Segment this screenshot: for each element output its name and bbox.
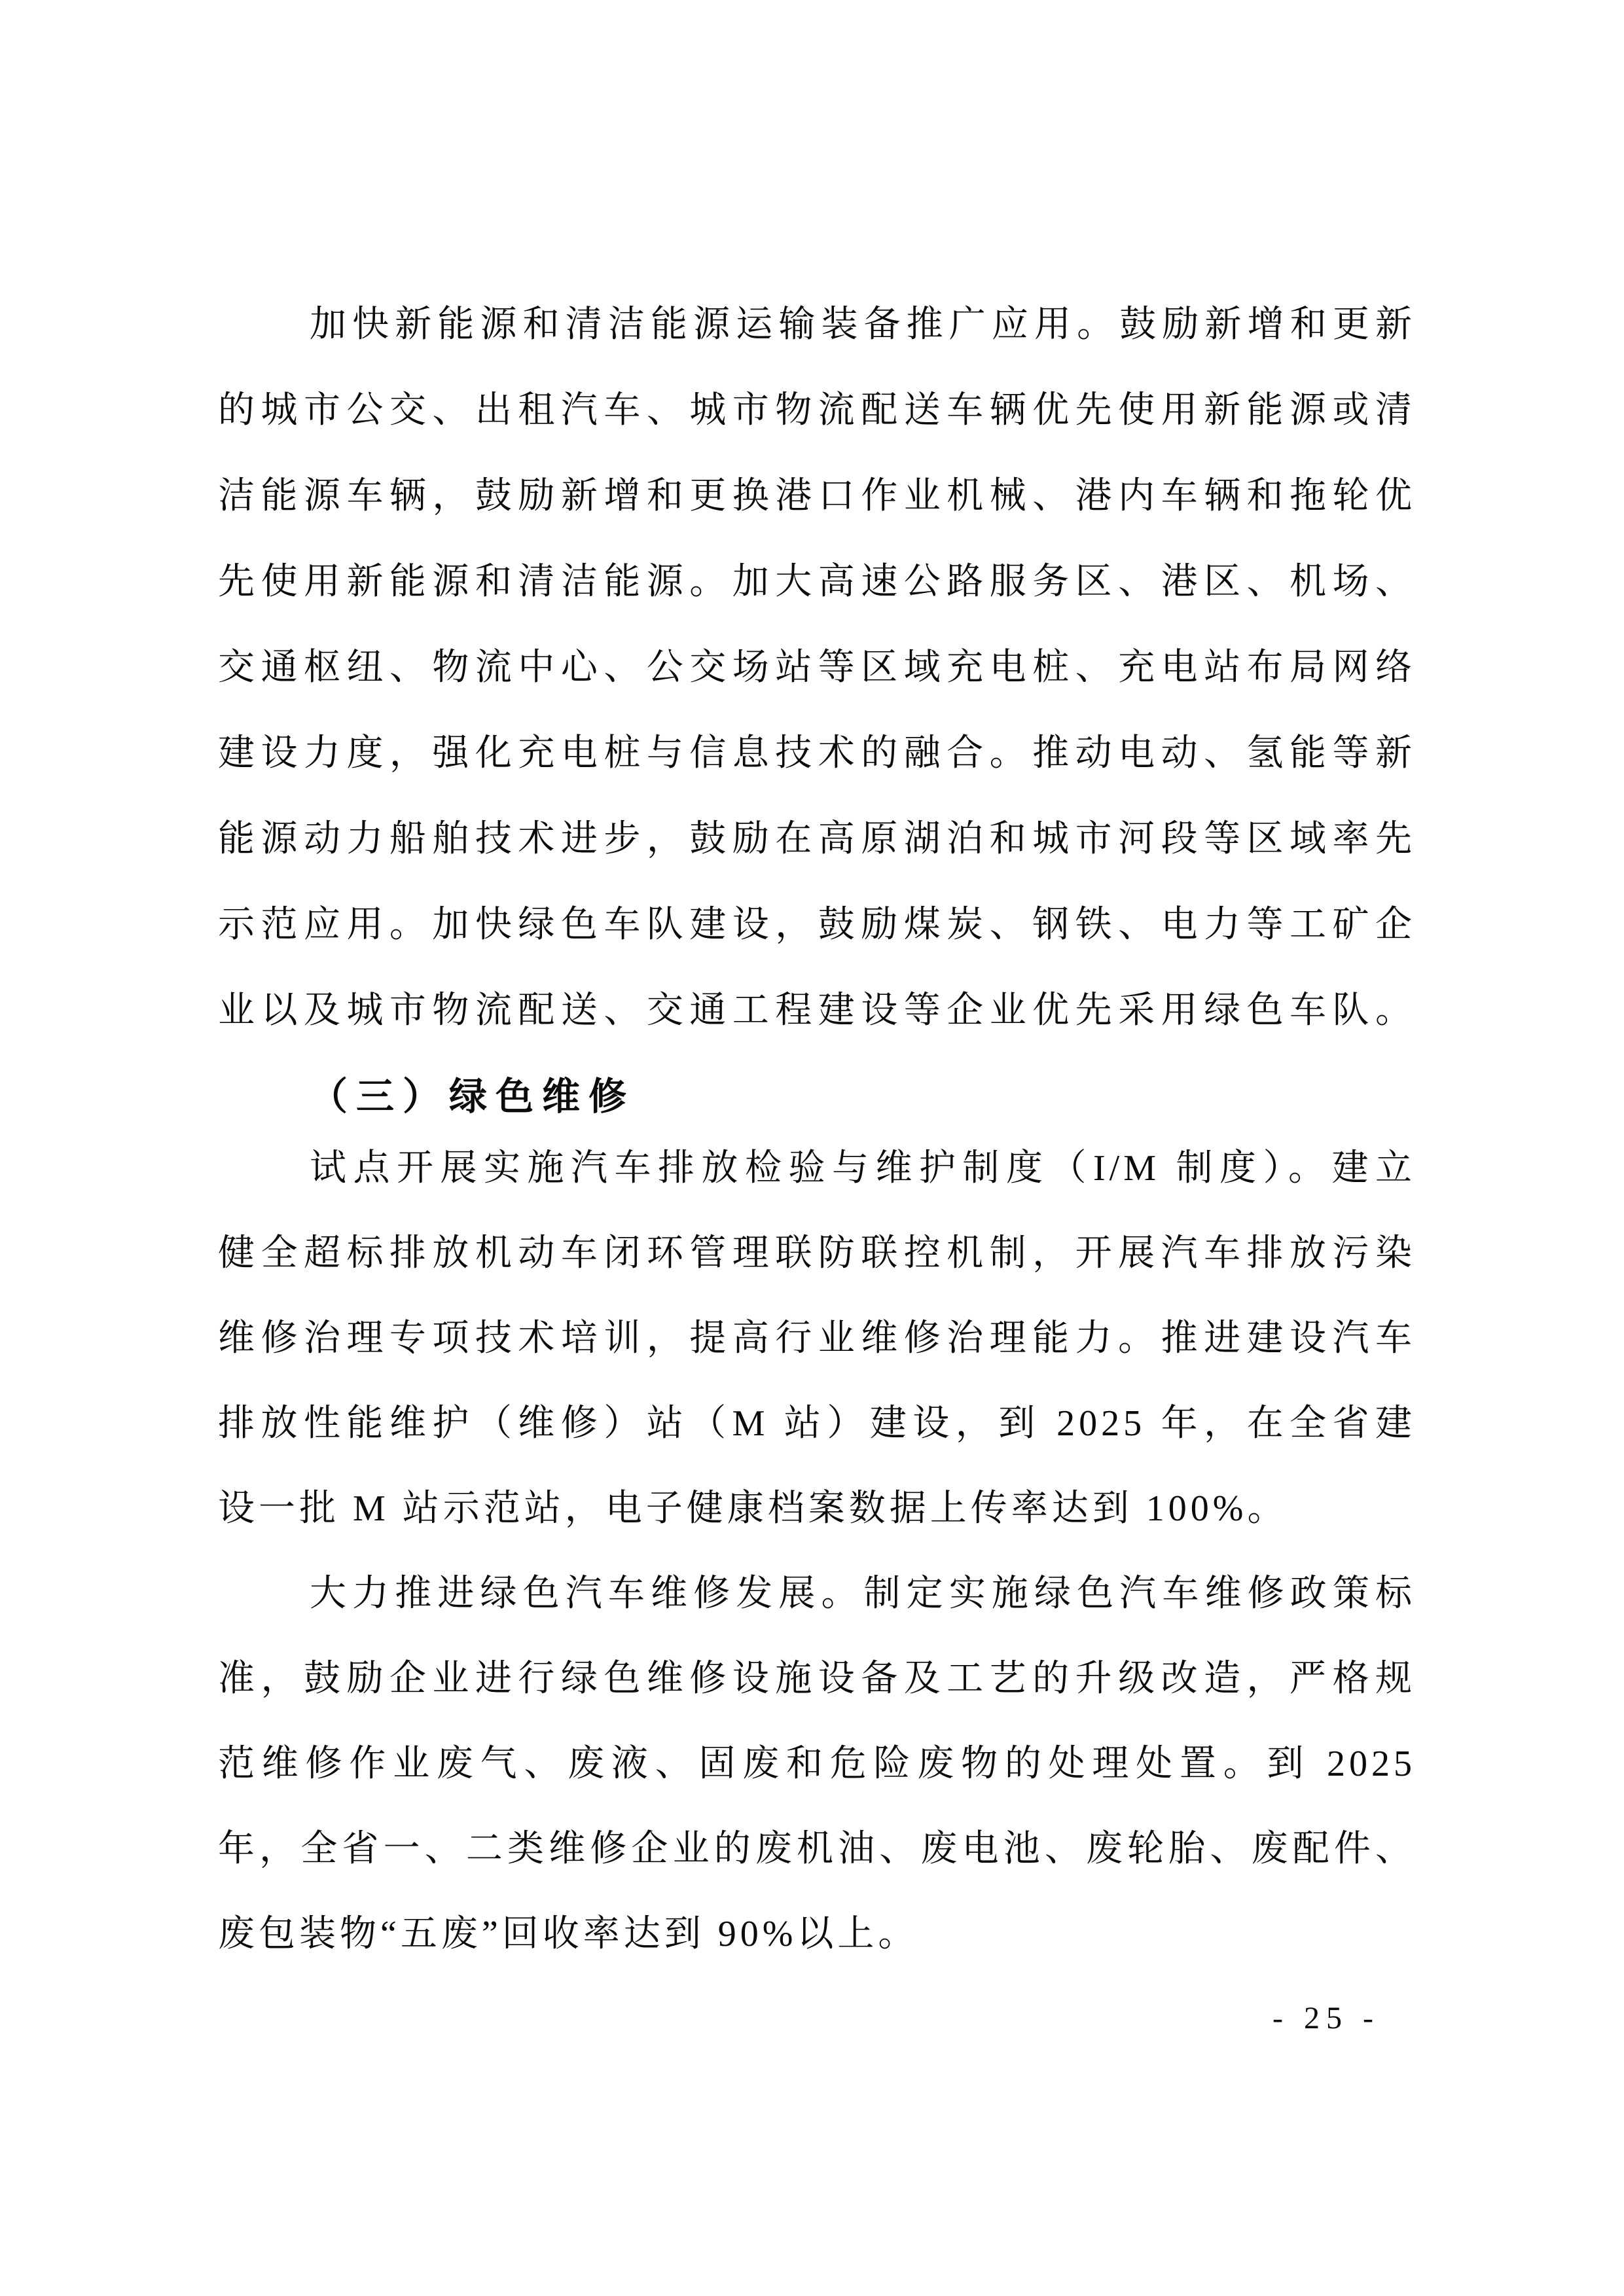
text-line: 设一批 M 站示范站，电子健康档案数据上传率达到 100%。 bbox=[218, 1466, 1416, 1551]
text-line: 交通枢纽、物流中心、公交场站等区域充电桩、充电站布局网络 bbox=[218, 625, 1416, 711]
paragraph-block: 试点开展实施汽车排放检验与维护制度（I/M 制度）。建立健全超标排放机动车闭环管… bbox=[218, 1126, 1416, 1977]
text-line: 的城市公交、出租汽车、城市物流配送车辆优先使用新能源或清 bbox=[218, 368, 1416, 454]
text-line: 试点开展实施汽车排放检验与维护制度（I/M 制度）。建立 bbox=[218, 1126, 1416, 1211]
text-line: 年，全省一、二类维修企业的废机油、废电池、废轮胎、废配件、 bbox=[218, 1806, 1416, 1892]
text-line: 先使用新能源和清洁能源。加大高速公路服务区、港区、机场、 bbox=[218, 539, 1416, 625]
text-line: 加快新能源和清洁能源运输装备推广应用。鼓励新增和更新 bbox=[218, 282, 1416, 368]
text-line: 维修治理专项技术培训，提高行业维修治理能力。推进建设汽车 bbox=[218, 1296, 1416, 1381]
text-line: 准，鼓励企业进行绿色维修设施设备及工艺的升级改造，严格规 bbox=[218, 1636, 1416, 1721]
text-line: 业以及城市物流配送、交通工程建设等企业优先采用绿色车队。 bbox=[218, 968, 1416, 1054]
text-line: 建设力度，强化充电桩与信息技术的融合。推动电动、氢能等新 bbox=[218, 711, 1416, 797]
text-line: 洁能源车辆，鼓励新增和更换港口作业机械、港内车辆和拖轮优 bbox=[218, 454, 1416, 539]
text-line: 废包装物“五废”回收率达到 90%以上。 bbox=[218, 1892, 1416, 1977]
text-line: 示范应用。加快绿色车队建设，鼓励煤炭、钢铁、电力等工矿企 bbox=[218, 882, 1416, 968]
document-page: 加快新能源和清洁能源运输装备推广应用。鼓励新增和更新的城市公交、出租汽车、城市物… bbox=[0, 0, 1624, 2296]
document-body: 加快新能源和清洁能源运输装备推广应用。鼓励新增和更新的城市公交、出租汽车、城市物… bbox=[218, 282, 1416, 1977]
text-line: 排放性能维护（维修）站（M 站）建设，到 2025 年，在全省建 bbox=[218, 1381, 1416, 1466]
text-line: 能源动力船舶技术进步，鼓励在高原湖泊和城市河段等区域率先 bbox=[218, 797, 1416, 882]
text-line: 健全超标排放机动车闭环管理联防联控机制，开展汽车排放污染 bbox=[218, 1211, 1416, 1296]
text-line: 范维修作业废气、废液、固废和危险废物的处理处置。到 2025 bbox=[218, 1721, 1416, 1806]
page-number: - 25 - bbox=[1272, 2000, 1380, 2036]
text-line: 大力推进绿色汽车维修发展。制定实施绿色汽车维修政策标 bbox=[218, 1551, 1416, 1636]
